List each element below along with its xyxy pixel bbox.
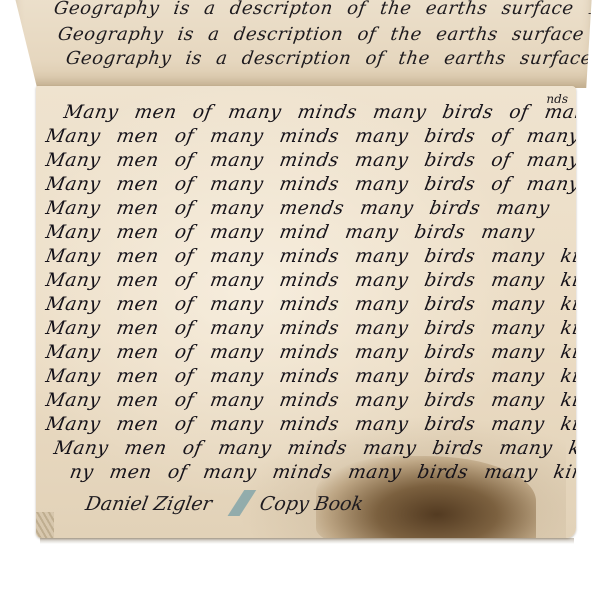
frayed-corner bbox=[36, 512, 54, 538]
handwriting-line: Many men of many minds many birds of man… bbox=[44, 174, 576, 195]
handwriting-line: ny men of many minds many birds many kin bbox=[68, 462, 576, 483]
handwriting-line: Many men of many minds many birds of man… bbox=[62, 102, 576, 123]
page-shadow bbox=[40, 538, 574, 544]
top-line-1: Geography is a descripton of the earths … bbox=[53, 0, 600, 19]
handwriting-line: Many men of many minds many birds of man… bbox=[44, 150, 576, 171]
author-signature: Daniel Zigler bbox=[84, 493, 214, 515]
blue-pencil-mark bbox=[228, 490, 257, 516]
handwriting-line: Many men of many minds many birds many k… bbox=[44, 318, 576, 339]
handwriting-line: Many men of many minds many birds of man… bbox=[44, 126, 576, 147]
signature-row: Daniel Zigler Copy Book bbox=[84, 490, 366, 515]
copy-book-label: Copy Book bbox=[258, 493, 365, 515]
handwriting-line: Many men of many mind many birds many bbox=[44, 222, 536, 243]
handwriting-line: Many men of many minds many birds many k… bbox=[44, 390, 576, 411]
handwriting-line: Many men of many minds many birds many k bbox=[52, 438, 576, 459]
handwriting-line: Many men of many minds many birds many k… bbox=[44, 270, 576, 291]
handwriting-line: Many men of many minds many birds many k… bbox=[44, 246, 576, 267]
handwriting-line: Many men of many minds many birds many k… bbox=[44, 294, 576, 315]
copybook-page: nds Many men of many minds many birds of… bbox=[36, 86, 576, 538]
handwriting-line: Many men of many minds many birds many k… bbox=[44, 342, 576, 363]
handwriting-line: Many men of many minds many birds many k… bbox=[44, 414, 576, 435]
folded-top-page: Geography is a descripton of the earths … bbox=[14, 0, 592, 88]
handwriting-line: Many men of many mends many birds many bbox=[44, 198, 551, 219]
top-line-3: Geography is a description of the earths… bbox=[65, 48, 600, 69]
top-line-2: Geography is a description of the earths… bbox=[57, 24, 600, 45]
handwriting-line: Many men of many minds many birds many k… bbox=[44, 366, 576, 387]
